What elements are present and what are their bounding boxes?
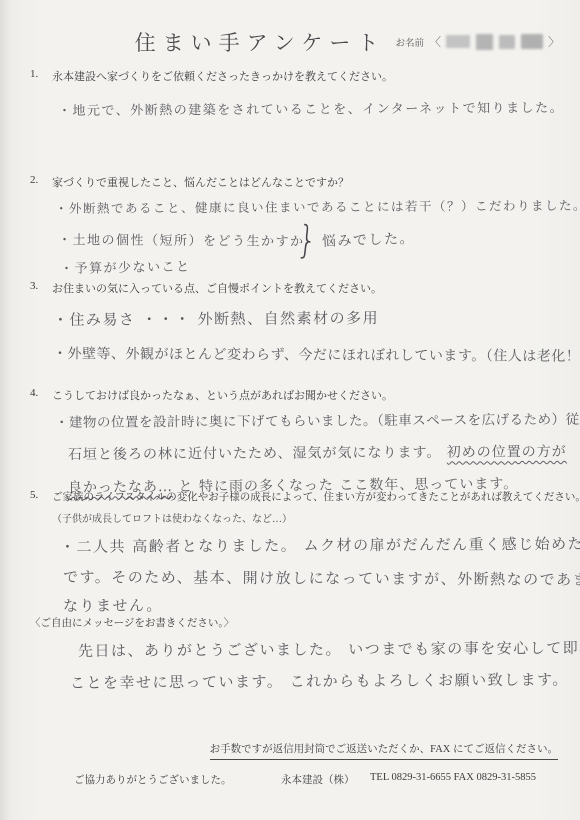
question-5-answer-2: です。そのため、基本、開け放しになっていますが、外断熱なのであまり気には [63,566,580,590]
free-message-label: 〈ご自由にメッセージをお書きください。〉 [30,615,580,630]
name-field: お名前 〈 〉 [395,33,560,50]
question-3: 3. お住まいの気に入っている点、ご自慢ポイントを教えてください。 ・住み易さ … [30,280,580,363]
question-4: 4. こうしておけば良かったなぁ、という点があればお聞かせください。 ・建物の位… [30,387,580,497]
question-5-text: ご家族のライフスタイルの変化やお子様の成長によって、住まい方が変わってきたことが… [52,489,580,504]
question-2-answer-1: ・外断熱であること、健康に良い住まいであることには若干（？）こだわりました。 [55,196,580,217]
question-4-answer-line-1: ・建物の位置を設計時に奥に下げてもらいました。（駐車スペースを広げるため）従って… [55,408,580,431]
footer-contact: TEL 0829-31-6655 FAX 0829-31-5855 [370,772,536,783]
free-message-line-2: ことを幸せに思っています。 これからもよろしくお願い致します。 [70,668,580,693]
question-3-text: お住まいの気に入っている点、ご自慢ポイントを教えてください。 [52,280,382,296]
free-message-section: 〈ご自由にメッセージをお書きください。〉 先日は、ありがとうございました。 いつ… [30,615,580,693]
question-5-answer-1: ・二人共 高齢者となりました。 ムク材の扉がだんだん重く感じ始めた今日此頃 [60,532,580,557]
question-3-answer-1: ・住み易さ ・・・ 外断熱、自然素材の多用 [53,306,580,330]
question-5-subtext: （子供が成長してロフトは使わなくなった、など…） [52,510,580,525]
question-1-text: 永本建設へ家づくりをご依頼くださったきっかけを教えてください。 [52,68,393,84]
question-2-answer-3: ・予算が少ないこと [60,249,580,277]
footer-company-name: 永本建設（株） [281,772,355,787]
question-1: 1. 永本建設へ家づくりをご依頼くださったきっかけを教えてください。 ・地元で、… [30,68,564,119]
q4-line2-underlined: 初めの位置の方が [447,444,567,461]
q4-line2-text: 石垣と後ろの林に近付いたため、湿気が気になります。 [68,445,441,463]
redacted-name [446,34,543,50]
question-2-answer-2: ・土地の個性（短所）をどう生かすか [58,229,580,252]
question-5: 5. ご家族のライフスタイルの変化やお子様の成長によって、住まい方が変わってきた… [30,489,580,616]
question-4-answer-line-2: 石垣と後ろの林に近付いたため、湿気が気になります。 初めの位置の方が [68,441,580,464]
question-1-number: 1. [30,68,52,84]
name-bracket-open: 〈 [429,33,441,50]
question-5-number: 5. [30,489,52,504]
return-instruction: お手数ですが返信用封筒でご返送いただくか、FAX にてご返信ください。 [210,741,558,760]
question-1-answer: ・地元で、外断熱の建築をされていることを、インターネットで知りました。 [58,97,564,119]
question-2-brace-note: 悩みでした。 [322,228,416,251]
question-5-answer-3: なりません。 [63,591,580,616]
name-label: お名前 [395,35,424,49]
footer-thanks: ご協力ありがとうございました。 [74,772,232,787]
scanned-survey-page: 住まい手アンケート お名前 〈 〉 1. 永本建設へ家づくりをご依頼くださったき… [0,0,580,820]
question-4-text: こうしておけば良かったなぁ、という点があればお聞かせください。 [52,387,393,403]
name-bracket-close: 〉 [548,33,560,50]
question-2-text: 家づくりで重視したこと、悩んだことはどんなことですか？ [52,174,349,190]
question-4-number: 4. [30,387,52,403]
question-3-number: 3. [30,280,52,296]
free-message-line-1: 先日は、ありがとうございました。 いつまでも家の事を安心して即相談できる [78,636,580,661]
question-3-answer-2: ・外壁等、外観がほとんど変わらず、今だにほれぼれしています。（住人は老化！） [53,343,580,366]
question-2-number: 2. [30,174,52,190]
